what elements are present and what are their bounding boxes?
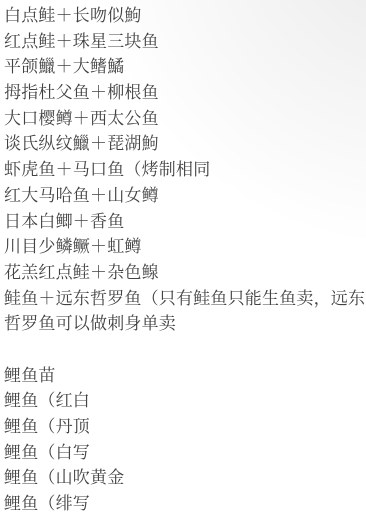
text-line: 鲤鱼（绯写 — [4, 491, 366, 517]
text-line: 大口樱鳟＋西太公鱼 — [4, 106, 366, 132]
text-line: 鲤鱼（红白 — [4, 388, 366, 414]
text-line: 红大马哈鱼＋山女鳟 — [4, 183, 366, 209]
text-line: 虾虎鱼＋马口鱼（烤制相同 — [4, 157, 366, 183]
fish-pair-list: 白点鲑＋长吻似鮈 红点鲑＋珠星三块鱼 平颌鱲＋大鳍鱊 拇指杜父鱼＋柳根鱼 大口樱… — [4, 3, 366, 337]
text-line: 鲤鱼（山吹黄金 — [4, 465, 366, 491]
text-line: 鲑鱼＋远东哲罗鱼（只有鲑鱼只能生鱼卖，远东 — [4, 286, 366, 312]
notes-page: 白点鲑＋长吻似鮈 红点鲑＋珠星三块鱼 平颌鱲＋大鳍鱊 拇指杜父鱼＋柳根鱼 大口樱… — [0, 0, 366, 522]
text-line: 鲤鱼（丹顶 — [4, 414, 366, 440]
text-line: 鲤鱼（白写 — [4, 440, 366, 466]
text-flow: 白点鲑＋长吻似鮈 红点鲑＋珠星三块鱼 平颌鱲＋大鳍鱊 拇指杜父鱼＋柳根鱼 大口樱… — [4, 3, 366, 517]
koi-list: 鲤鱼苗 鲤鱼（红白 鲤鱼（丹顶 鲤鱼（白写 鲤鱼（山吹黄金 鲤鱼（绯写 — [4, 363, 366, 517]
text-line: 拇指杜父鱼＋柳根鱼 — [4, 80, 366, 106]
text-line: 日本白鲫＋香鱼 — [4, 209, 366, 235]
text-line: 红点鲑＋珠星三块鱼 — [4, 29, 366, 55]
text-line: 白点鲑＋长吻似鮈 — [4, 3, 366, 29]
text-line: 鲤鱼苗 — [4, 363, 366, 389]
text-line: 谈氏纵纹鱲＋琵湖鮈 — [4, 131, 366, 157]
text-line: 哲罗鱼可以做刺身单卖 — [4, 311, 366, 337]
text-line: 花羔红点鲑＋杂色鳈 — [4, 260, 366, 286]
text-line: 川目少鳞鳜＋虹鳟 — [4, 234, 366, 260]
text-line: 平颌鱲＋大鳍鱊 — [4, 54, 366, 80]
